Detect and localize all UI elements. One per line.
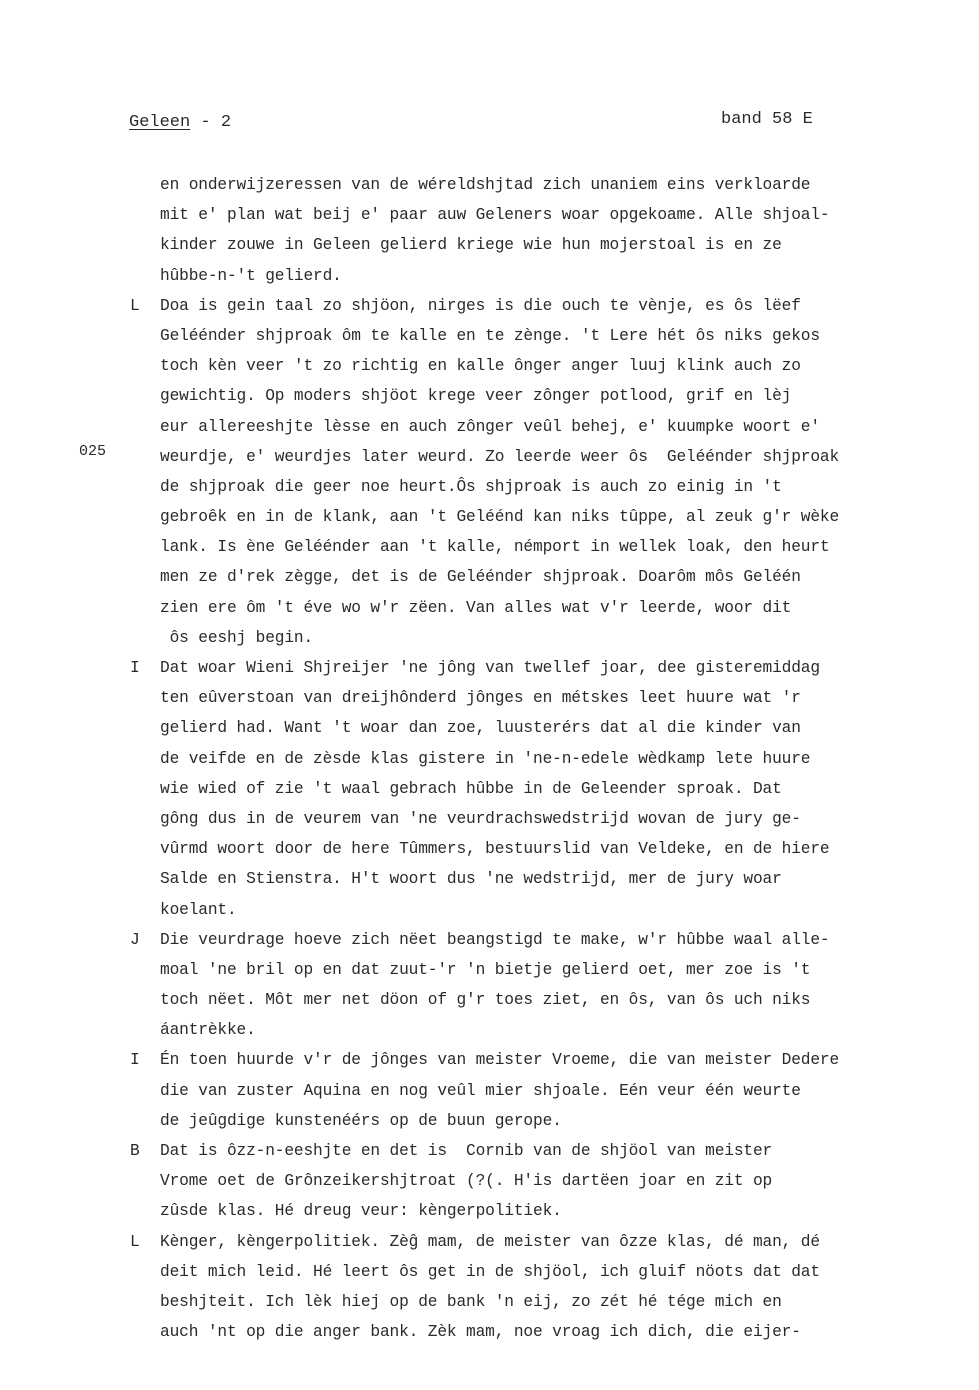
page-header-left: Geleen - 2 [129, 113, 231, 132]
transcript-line: gebroêk en in de klank, aan 't Geléénd k… [160, 502, 890, 532]
transcript-line: deit mich leid. Hé leert ôs get in de sh… [160, 1257, 890, 1287]
tape-counter: 025 [79, 443, 106, 460]
transcript-line: moal 'ne bril op en dat zuut-'r 'n bietj… [160, 955, 890, 985]
transcript-line: Geléénder shjproak ôm te kalle en te zèn… [160, 321, 890, 351]
transcript-line: en onderwijzeressen van de wéreldshjtad … [160, 170, 890, 200]
transcript-line: Doa is gein taal zo shjöon, nirges is di… [160, 291, 890, 321]
transcript-line: gewichtig. Op moders shjöot krege veer z… [160, 381, 890, 411]
transcript-line: Dat is ôzz-n-eeshjte en det is Cornib va… [160, 1136, 890, 1166]
transcript-line: toch kèn veer 't zo richtig en kalle ông… [160, 351, 890, 381]
transcript-paragraph: en onderwijzeressen van de wéreldshjtad … [160, 170, 890, 291]
transcript-line: lank. Is ène Geléénder aan 't kalle, ném… [160, 532, 890, 562]
transcript-line: Die veurdrage hoeve zich nëet beangstigd… [160, 925, 890, 955]
transcript-line: de shjproak die geer noe heurt.Ôs shjpro… [160, 472, 890, 502]
transcript-line: men ze d'rek zègge, det is de Geléénder … [160, 562, 890, 592]
transcript-paragraph: LDoa is gein taal zo shjöon, nirges is d… [160, 291, 890, 653]
page-number: - 2 [190, 113, 231, 132]
speaker-label: L [130, 1227, 140, 1257]
transcript-line: zûsde klas. Hé dreug veur: kèngerpolitie… [160, 1196, 890, 1226]
transcript-line: hûbbe-n-'t gelierd. [160, 261, 890, 291]
transcript-line: weurdje, e' weurdjes later weurd. Zo lee… [160, 442, 890, 472]
speaker-label: J [130, 925, 140, 955]
transcript-line: Vrome oet de Grônzeikershjtroat (?(. H'i… [160, 1166, 890, 1196]
transcript-line: kinder zouwe in Geleen gelierd kriege wi… [160, 230, 890, 260]
speaker-label: L [130, 291, 140, 321]
transcript-paragraph: LKènger, kèngerpolitiek. Zèĝ mam, de mei… [160, 1227, 890, 1348]
tape-reference: band 58 E [721, 110, 813, 129]
transcript-paragraph: JDie veurdrage hoeve zich nëet beangstig… [160, 925, 890, 1046]
place-name: Geleen [129, 113, 190, 132]
transcript-line: auch 'nt op die anger bank. Zèk mam, noe… [160, 1317, 890, 1347]
transcript-line: koelant. [160, 895, 890, 925]
transcript-paragraph: IDat woar Wieni Shjreijer 'ne jông van t… [160, 653, 890, 925]
transcript-line: Dat woar Wieni Shjreijer 'ne jông van tw… [160, 653, 890, 683]
transcript-line: beshjteit. Ich lèk hiej op de bank 'n ei… [160, 1287, 890, 1317]
speaker-label: B [130, 1136, 140, 1166]
transcript-line: ten eûverstoan van dreijhônderd jônges e… [160, 683, 890, 713]
transcript-line: Én toen huurde v'r de jônges van meister… [160, 1045, 890, 1075]
transcript-line: de veifde en de zèsde klas gistere in 'n… [160, 744, 890, 774]
speaker-label: I [130, 1045, 140, 1075]
transcript-line: gelierd had. Want 't woar dan zoe, luust… [160, 713, 890, 743]
speaker-label: I [130, 653, 140, 683]
transcript-line: vûrmd woort door de here Tûmmers, bestuu… [160, 834, 890, 864]
transcript-line: gông dus in de veurem van 'ne veurdrachs… [160, 804, 890, 834]
transcript-line: Salde en Stienstra. H't woort dus 'ne we… [160, 864, 890, 894]
transcript-line: toch nëet. Môt mer net döon of g'r toes … [160, 985, 890, 1015]
transcript-line: ôs eeshj begin. [160, 623, 890, 653]
transcript-line: de jeûgdige kunstenéérs op de buun gerop… [160, 1106, 890, 1136]
transcript-line: wie wied of zie 't waal gebrach hûbbe in… [160, 774, 890, 804]
transcript-paragraph: IÉn toen huurde v'r de jônges van meiste… [160, 1045, 890, 1136]
transcript-line: die van zuster Aquina en nog veûl mier s… [160, 1076, 890, 1106]
transcript-line: áantrèkke. [160, 1015, 890, 1045]
transcript-line: eur allereeshjte lèsse en auch zônger ve… [160, 412, 890, 442]
transcript-paragraph: BDat is ôzz-n-eeshjte en det is Cornib v… [160, 1136, 890, 1227]
transcript-line: mit e' plan wat beij e' paar auw Gelener… [160, 200, 890, 230]
transcript-body: en onderwijzeressen van de wéreldshjtad … [160, 170, 890, 1347]
transcript-line: zien ere ôm 't éve wo w'r zëen. Van alle… [160, 593, 890, 623]
transcript-line: Kènger, kèngerpolitiek. Zèĝ mam, de meis… [160, 1227, 890, 1257]
